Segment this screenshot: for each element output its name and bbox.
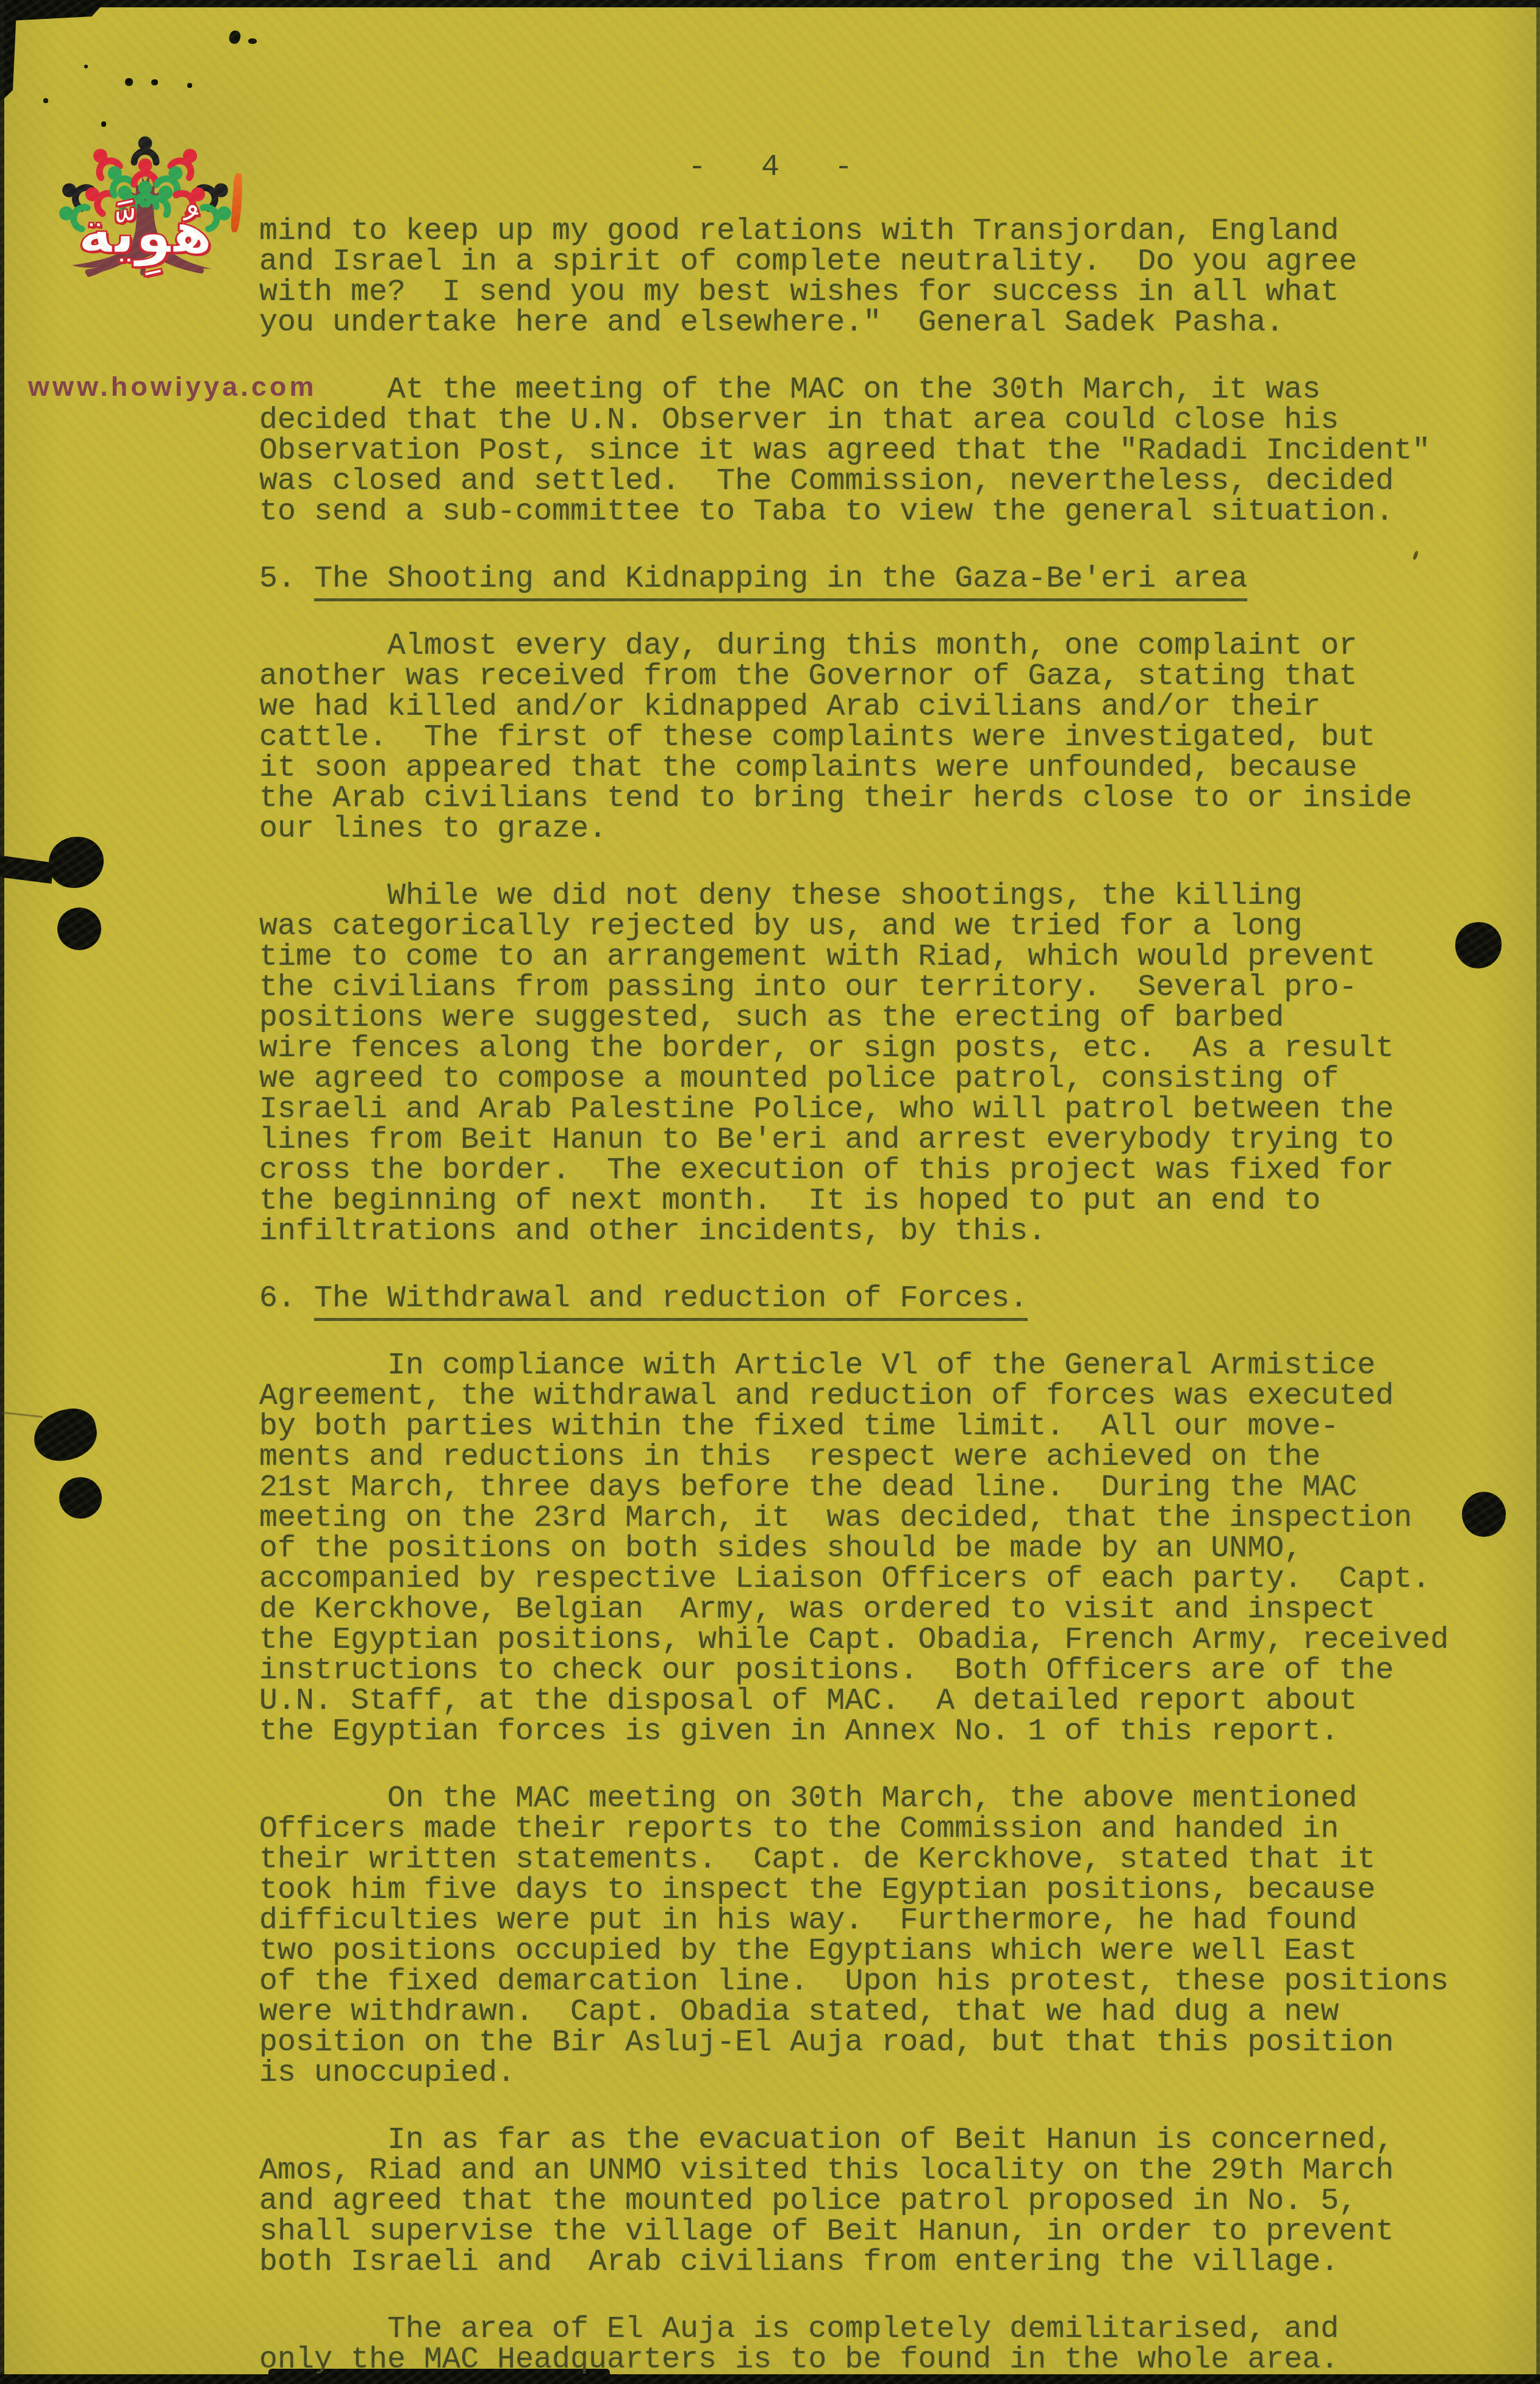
paragraph: On the MAC meeting on 30th March, the ab… — [259, 1784, 1464, 2089]
heading-title: The Shooting and Kidnapping in the Gaza-… — [314, 562, 1247, 601]
arabic-calligraphy: هُوِيَّة — [54, 199, 237, 266]
page-number: - 4 - — [688, 152, 853, 183]
heading-number: 6. — [259, 1281, 314, 1316]
scanned-page: هُوِيَّة www.howiyya.com - 4 - mind to k… — [0, 0, 1540, 2384]
scan-right-edge — [1536, 0, 1540, 2384]
heading-number: 5. — [259, 562, 314, 596]
paragraph: The area of El Auja is completely demili… — [259, 2314, 1464, 2375]
scan-left-edge — [0, 0, 4, 2384]
paper-crease — [0, 1411, 43, 1417]
heading-title: The Withdrawal and reduction of Forces. — [314, 1281, 1028, 1321]
hole-punch-mark — [0, 848, 54, 886]
document-body: mind to keep up my good relations with T… — [259, 217, 1464, 2375]
ink-speck — [84, 65, 88, 68]
hole-punch-mark — [29, 1404, 102, 1466]
ink-speck — [151, 79, 158, 85]
paragraph: While we did not deny these shootings, t… — [259, 881, 1464, 1247]
section-heading: 5. The Shooting and Kidnapping in the Ga… — [259, 564, 1464, 595]
hole-punch-mark — [1462, 1492, 1506, 1537]
hole-punch-mark — [57, 907, 101, 950]
paragraph: Almost every day, during this month, one… — [259, 631, 1464, 845]
hole-punch-mark — [49, 837, 104, 888]
ink-speck — [43, 98, 48, 103]
paragraph: At the meeting of the MAC on the 30th Ma… — [259, 375, 1464, 528]
ink-speck — [187, 83, 192, 88]
ink-speck — [227, 29, 242, 45]
paragraph: In as far as the evacuation of Beit Hanu… — [259, 2125, 1464, 2278]
paragraph: mind to keep up my good relations with T… — [259, 217, 1464, 338]
section-heading: 6. The Withdrawal and reduction of Force… — [259, 1284, 1464, 1314]
hole-punch-mark — [59, 1477, 102, 1519]
scan-top-edge — [0, 0, 1540, 7]
ink-speck — [248, 38, 257, 44]
paragraph: In compliance with Article Vl of the Gen… — [259, 1351, 1464, 1747]
scan-corner-shadow — [0, 0, 107, 102]
howiyya-logo: هُوِيَّة — [54, 109, 237, 287]
ink-speck — [125, 78, 133, 86]
